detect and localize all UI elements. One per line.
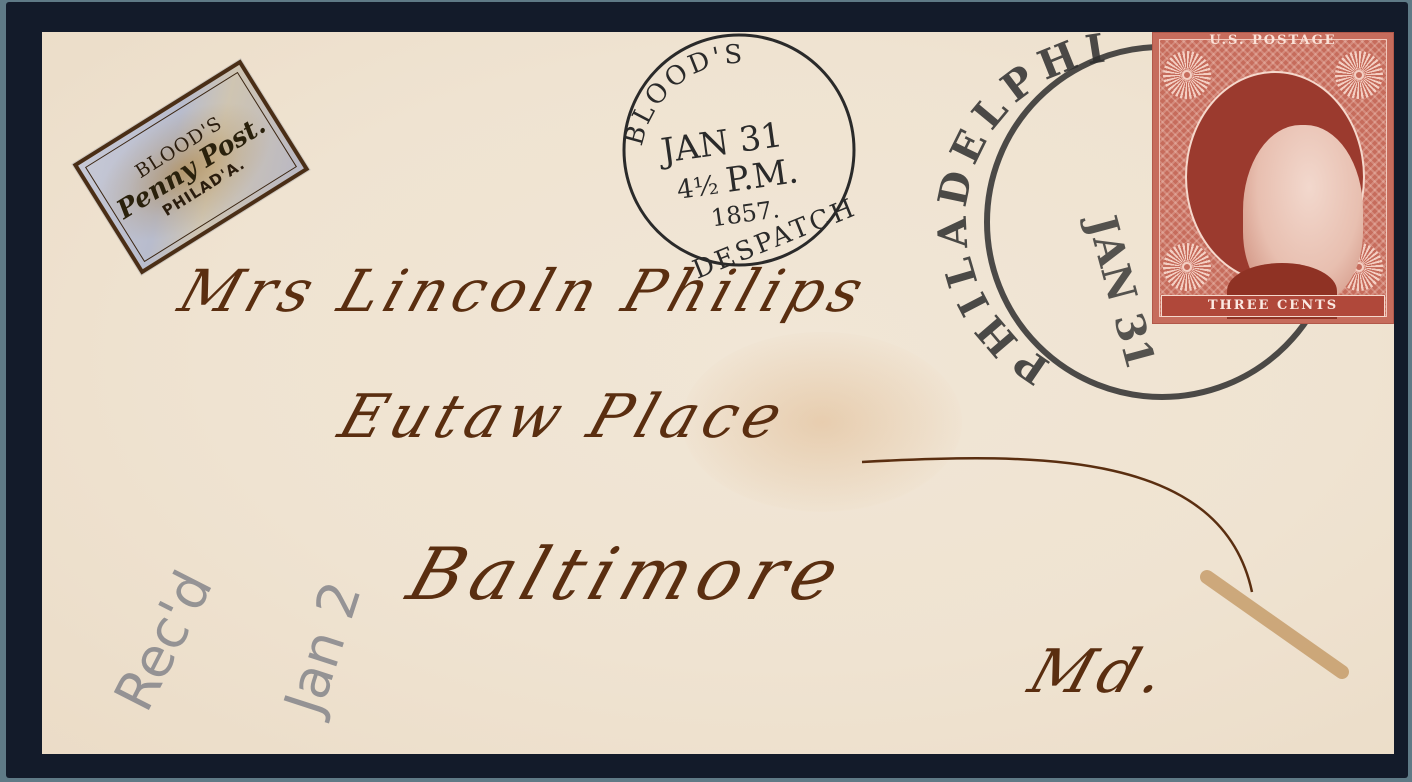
- envelope-paper: BLOOD'S Penny Post. PHILAD'A. Rec'd Jan …: [42, 32, 1394, 754]
- address-line-4: Md.: [1021, 637, 1181, 707]
- portrait-oval: [1185, 71, 1365, 283]
- despatch-time-prefix: 4½: [675, 170, 721, 206]
- rosette-icon: [1335, 51, 1383, 99]
- despatch-top-arc: BLOOD'S: [619, 39, 746, 148]
- address-line-3: Baltimore: [398, 532, 857, 616]
- envelope-cover: BLOOD'S Penny Post. PHILAD'A. Rec'd Jan …: [6, 2, 1408, 778]
- three-cent-stamp: U.S. POSTAGE THREE CENTS: [1152, 32, 1394, 324]
- rosette-icon: [1163, 243, 1211, 291]
- pencil-note-2: Jan 2: [272, 574, 374, 722]
- stamp-denomination: THREE CENTS: [1161, 295, 1385, 317]
- svg-text:BLOOD'S: BLOOD'S: [619, 39, 746, 148]
- despatch-year: 1857.: [709, 195, 781, 232]
- bloods-penny-post-label: BLOOD'S Penny Post. PHILAD'A.: [73, 59, 310, 274]
- despatch-time: P.M.: [723, 151, 800, 201]
- ink-smudge: [1207, 577, 1342, 672]
- address-line-2: Eutaw Place: [331, 382, 797, 452]
- city-postmark-date: JAN 31: [1077, 208, 1164, 374]
- address-line-1: Mrs Lincoln Philips: [171, 257, 878, 325]
- despatch-date: JAN 31: [656, 115, 785, 172]
- pencil-note-1: Rec'd: [102, 561, 225, 721]
- rosette-icon: [1163, 51, 1211, 99]
- despatch-postmark: BLOOD'S JAN 31 4½ P.M. 1857. DESPATCH: [619, 35, 861, 286]
- stamp-header: U.S. POSTAGE: [1163, 33, 1383, 47]
